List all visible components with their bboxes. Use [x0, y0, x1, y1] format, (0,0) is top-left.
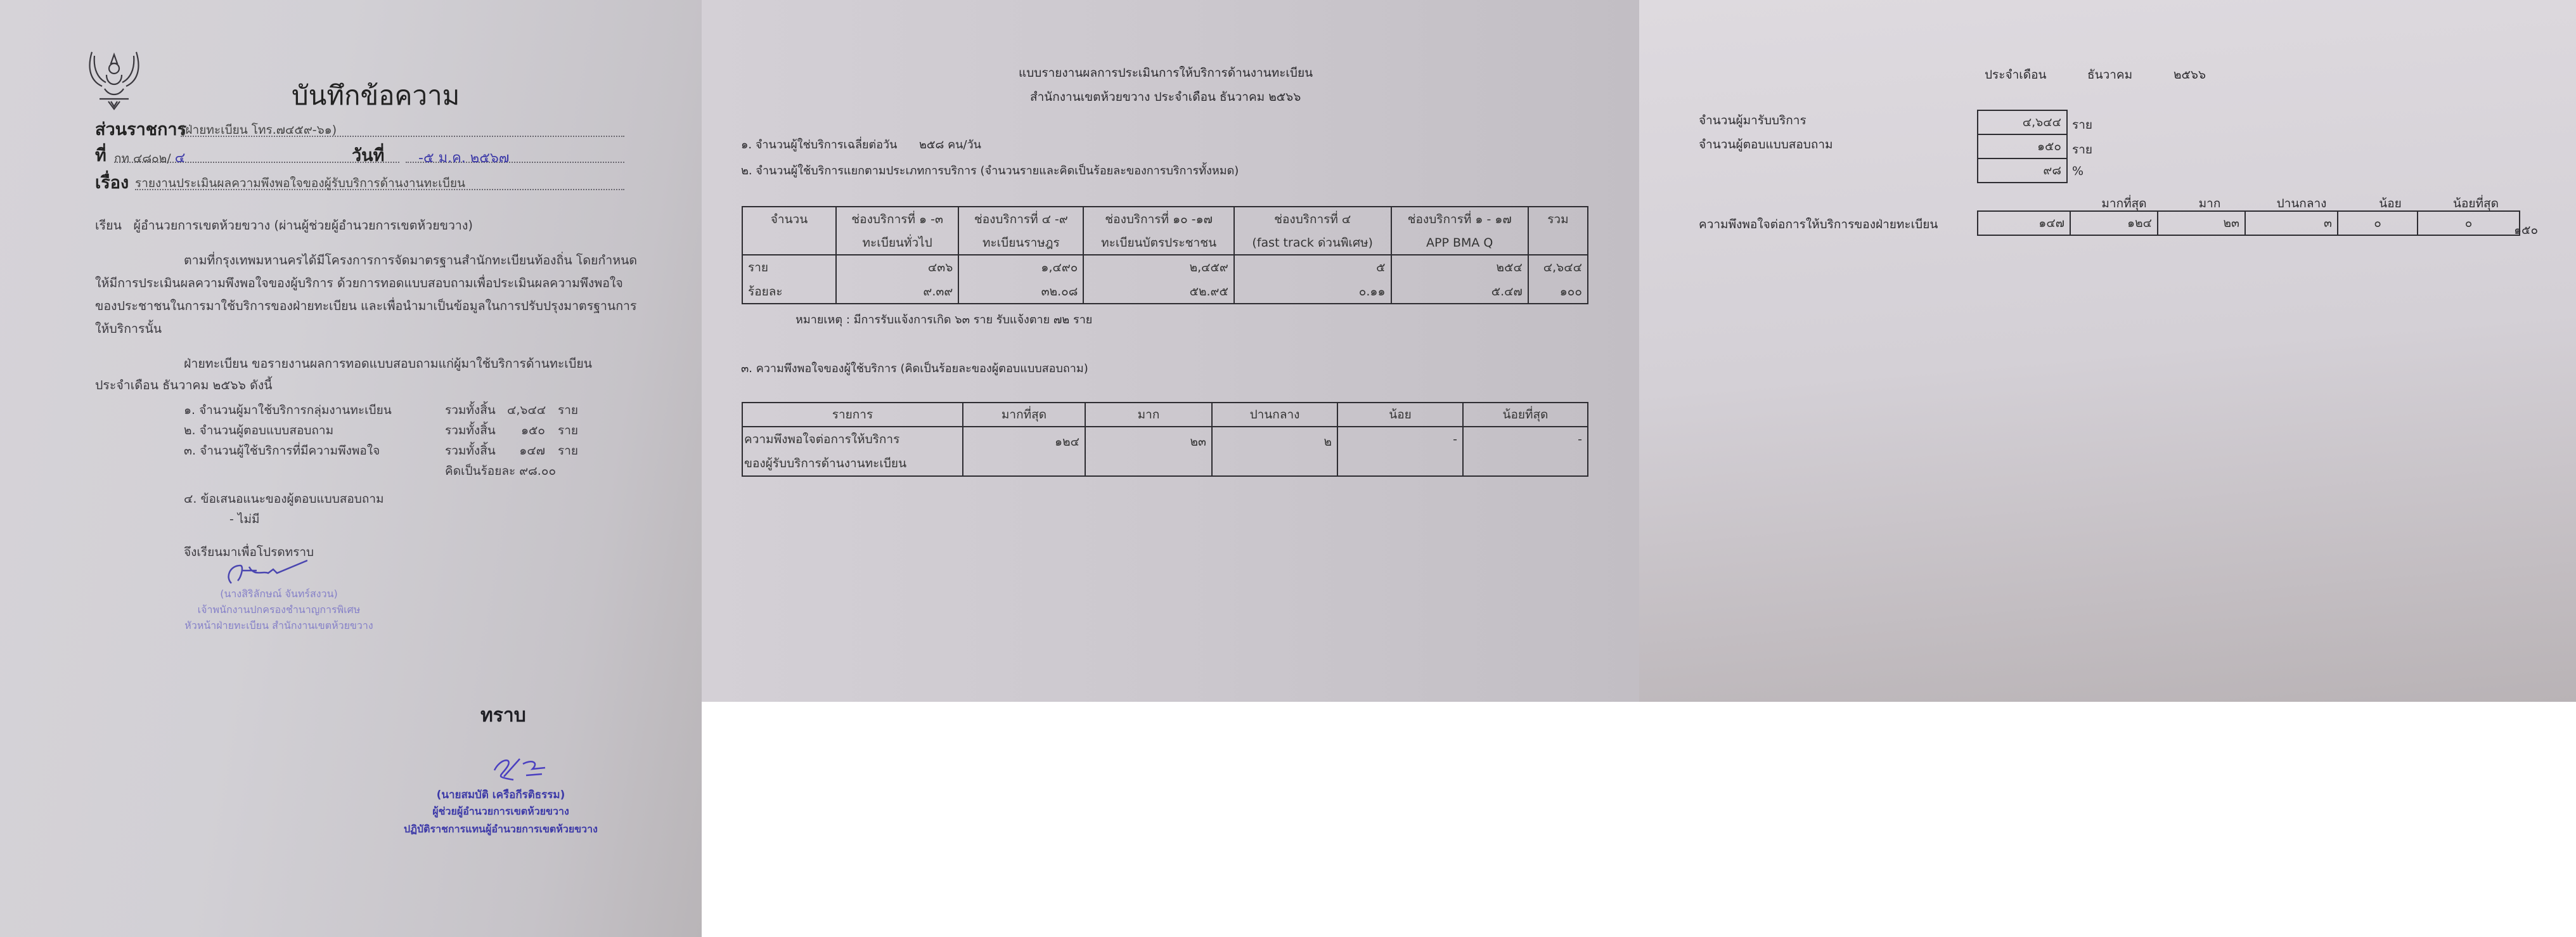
paragraph-2: ฝ่ายทะเบียน ขอรายงานผลการทอดแบบสอบถามแก่…: [184, 352, 592, 375]
reference-label: ที่: [95, 146, 106, 165]
table-row: ความพึงพอใจต่อการให้บริการ ของผู้รับบริก…: [742, 427, 1588, 476]
summary-row-label: จำนวนผู้มารับบริการ: [1699, 111, 1806, 130]
signer-2-position-2: ปฏิบัติราชการแทนผู้อำนวยการเขตห้วยขวาง: [374, 822, 628, 837]
paragraph-1: ตามที่กรุงเทพมหานครได้มีโครงการการจัดมาต…: [95, 249, 640, 340]
reference-value: กท ๔๘๐๒/: [114, 152, 171, 165]
date-value: -๕ ม.ค. ๒๕๖๗: [418, 150, 509, 166]
salutation-value: ผู้อำนวยการเขตห้วยขวาง (ผ่านผู้ช่วยผู้อำ…: [134, 218, 473, 233]
summary-unit: ราย: [2072, 115, 2092, 134]
department-field: (ฝ่ายทะเบียน โทร.๗๔๕๙-๖๑): [181, 120, 624, 137]
table-header-row: ทะเบียนทั่วไป ทะเบียนราษฎร ทะเบียนบัตรปร…: [742, 231, 1588, 255]
satisfaction-row-label: ความพึงพอใจต่อการให้บริการ ของผู้รับบริก…: [742, 427, 963, 476]
satisfaction-table: รายการ มากที่สุด มาก ปานกลาง น้อย น้อยที…: [742, 402, 1588, 477]
signer-2-name: (นายสมบัติ เครือกีรติธรรม): [393, 786, 609, 803]
signature-1-icon: [219, 558, 307, 590]
garuda-emblem-icon: [86, 49, 143, 110]
satisfaction-label: ความพึงพอใจต่อการให้บริการของฝ่ายทะเบียน: [1699, 215, 1938, 234]
table-row: ๑๔๗ ๑๒๔ ๒๓ ๓ ๐ ๐: [1978, 211, 2520, 235]
table-row: ร้อยละ ๙.๓๙ ๓๒.๐๘ ๕๒.๙๕ ๐.๑๑ ๕.๔๗ ๑๐๐: [742, 280, 1588, 304]
table-header-row: รายการ มากที่สุด มาก ปานกลาง น้อย น้อยที…: [742, 403, 1588, 427]
item-4-value: - ไม่มี: [229, 510, 260, 529]
signature-2-icon: [488, 751, 551, 783]
summary-unit: %: [2072, 164, 2083, 178]
summary-item: ๒. จำนวนผู้ตอบแบบสอบถาม รวมทั้งสิ้น ๑๕๐ …: [184, 421, 653, 440]
signer-2-position-1: ผู้ช่วยผู้อำนวยการเขตห้วยขวาง: [393, 804, 609, 820]
period-label: ประจำเดือน: [1985, 65, 2047, 84]
report-title-2: สำนักงานเขตห้วยขวาง ประจำเดือน ธันวาคม ๒…: [1030, 87, 1301, 107]
subject-field: รายงานประเมินผลความพึงพอใจของผู้รับบริกา…: [135, 174, 624, 190]
table-header-row: จำนวน ช่องบริการที่ ๑ -๓ ช่องบริการที่ ๔…: [742, 207, 1588, 231]
period-year: ๒๕๖๖: [2173, 65, 2206, 84]
paragraph-2-cont: ประจำเดือน ธันวาคม ๒๕๖๖ ดังนี้: [95, 374, 273, 397]
report-note: หมายเหตุ : มีการรับแจ้งการเกิด ๖๓ ราย รั…: [795, 310, 1092, 328]
grand-total: ๑๕๐: [2514, 221, 2538, 240]
summary-item: ๑. จำนวนผู้มาใช้บริการกลุ่มงานทะเบียน รว…: [184, 401, 653, 420]
report-title-1: แบบรายงานผลการประเมินการให้บริการด้านงาน…: [1019, 63, 1313, 82]
salutation-label: เรียน: [95, 218, 122, 233]
percent-line: คิดเป็นร้อยละ ๙๘.๐๐: [445, 462, 556, 481]
satisfaction-levels-table: ๑๔๗ ๑๒๔ ๒๓ ๓ ๐ ๐: [1977, 210, 2520, 236]
summary-values-table: ๔,๖๔๔ ๑๕๐ ๙๘: [1977, 110, 2068, 183]
summary-item: ๓. จำนวนผู้ใช้บริการที่มีความพึงพอใจ รวม…: [184, 441, 653, 460]
subject-value: รายงานประเมินผลความพึงพอใจของผู้รับบริกา…: [135, 176, 465, 190]
salutation: เรียน ผู้อำนวยการเขตห้วยขวาง (ผ่านผู้ช่ว…: [95, 214, 473, 237]
memo-title: บันทึกข้อความ: [292, 75, 460, 117]
date-field: -๕ ม.ค. ๒๕๖๗: [406, 146, 624, 163]
report-item-1-label: ๑. จำนวนผู้ใช่บริการเฉลี่ยต่อวัน: [741, 135, 897, 153]
signer-1-name: (นางสิริลักษณ์ จันทร์สงวน): [184, 586, 374, 602]
table-row: ๙๘: [1978, 158, 2067, 183]
department-label: ส่วนราชการ: [95, 120, 186, 139]
report-item-1-value: ๒๕๘ คน/วัน: [919, 135, 981, 153]
signer-1-position-2: หัวหน้าฝ่ายทะเบียน สำนักงานเขตห้วยขวาง: [139, 618, 418, 634]
summary-unit: ราย: [2072, 140, 2092, 159]
summary-sheet-page: ประจำเดือน ธันวาคม ๒๕๖๖ จำนวนผู้มารับบริ…: [1639, 0, 2576, 702]
item-4-label: ๔. ข้อเสนอแนะของผู้ตอบแบบสอบถาม: [184, 489, 384, 508]
table-row: ๑๕๐: [1978, 134, 2067, 158]
period-month: ธันวาคม: [2087, 65, 2132, 84]
memo-page: บันทึกข้อความ ส่วนราชการ (ฝ่ายทะเบียน โท…: [0, 0, 702, 937]
department-value: (ฝ่ายทะเบียน โทร.๗๔๕๙-๖๑): [181, 123, 337, 137]
reference-handwritten: ๔: [175, 150, 186, 166]
report-page: แบบรายงานผลการประเมินการให้บริการด้านงาน…: [702, 0, 1639, 702]
subject-label: เรื่อง: [95, 173, 129, 193]
signer-1-position-1: เจ้าพนักงานปกครองชำนาญการพิเศษ: [158, 602, 399, 618]
report-item-3-label: ๓. ความพึงพอใจของผู้ใช้บริการ (คิดเป็นร้…: [741, 359, 1088, 377]
table-row: ราย ๔๓๖ ๑,๔๙๐ ๒,๔๕๙ ๕ ๒๕๔ ๔,๖๔๔: [742, 255, 1588, 280]
table-row: ๔,๖๔๔: [1978, 110, 2067, 134]
service-type-table: จำนวน ช่องบริการที่ ๑ -๓ ช่องบริการที่ ๔…: [742, 206, 1588, 304]
acknowledged-text: ทราบ: [480, 701, 526, 730]
report-item-2-label: ๒. จำนวนผู้ใช้บริการแยกตามประเภทการบริกา…: [741, 161, 1239, 179]
summary-row-label: จำนวนผู้ตอบแบบสอบถาม: [1699, 135, 1833, 154]
date-label: วันที่: [352, 146, 384, 165]
